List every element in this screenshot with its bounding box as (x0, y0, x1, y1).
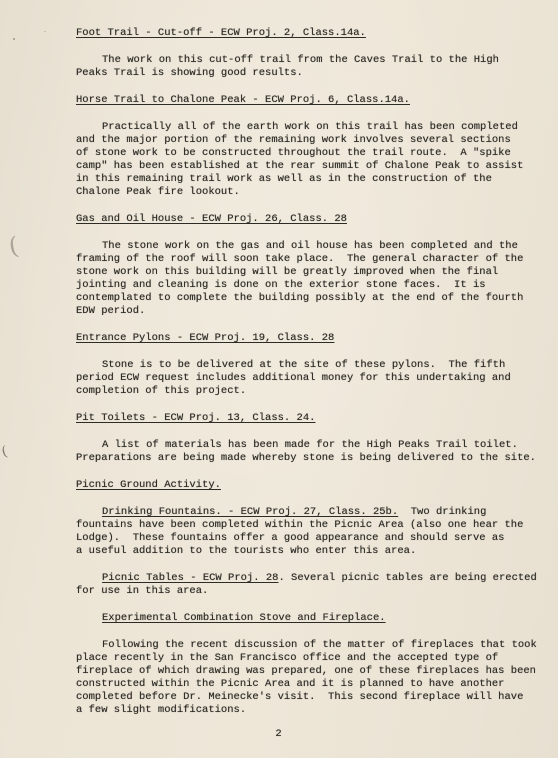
paragraph-foot-trail: The work on this cut-off trail from the … (76, 54, 550, 80)
section-heading-pit-toilets: Pit Toilets - ECW Proj. 13, Class. 24. (76, 412, 550, 425)
inline-heading-picnic-tables: Picnic Tables - ECW Proj. 28 (102, 572, 278, 584)
section-heading-stove-fireplace: Experimental Combination Stove and Firep… (102, 612, 550, 625)
paragraph-entrance-pylons: Stone is to be delivered at the site of … (76, 359, 550, 398)
section-heading-entrance-pylons: Entrance Pylons - ECW Proj. 19, Class. 2… (76, 332, 550, 345)
paragraph-gas-oil-house: The stone work on the gas and oil house … (76, 240, 550, 318)
pencil-margin-mark: ( (8, 239, 19, 253)
section-heading-gas-oil-house: Gas and Oil House - ECW Proj. 26, Class.… (76, 213, 550, 226)
paragraph-picnic-tables: Picnic Tables - ECW Proj. 28. Several pi… (76, 572, 550, 598)
pencil-margin-mark: ( (1, 446, 9, 460)
paragraph-drinking-fountains: Drinking Fountains. - ECW Proj. 27, Clas… (76, 506, 550, 558)
section-heading-picnic-ground: Picnic Ground Activity. (76, 479, 550, 492)
page-number: 2 (0, 728, 558, 741)
inline-heading-drinking-fountains: Drinking Fountains. - ECW Proj. 27, Clas… (102, 506, 398, 518)
section-heading-horse-trail: Horse Trail to Chalone Peak - ECW Proj. … (76, 94, 550, 107)
paragraph-horse-trail: Practically all of the earth work on thi… (76, 121, 550, 199)
paragraph-stove-fireplace: Following the recent discussion of the m… (76, 639, 550, 717)
scanned-document-page: ( ( Foot Trail - Cut-off - ECW Proj. 2, … (0, 0, 558, 758)
paragraph-pit-toilets: A list of materials has been made for th… (76, 439, 550, 465)
section-heading-foot-trail: Foot Trail - Cut-off - ECW Proj. 2, Clas… (76, 27, 550, 40)
paper-speck (44, 31, 46, 32)
paper-speck (13, 38, 15, 40)
